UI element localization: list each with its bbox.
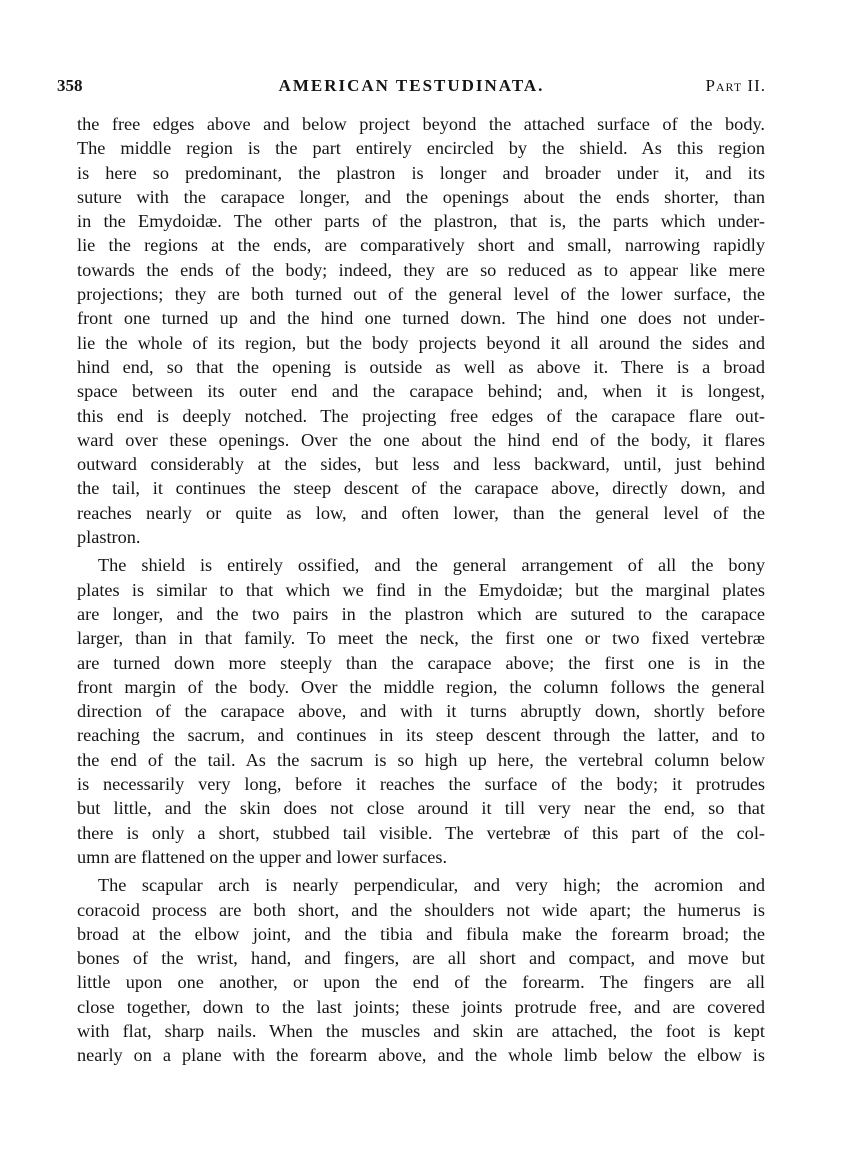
text-line: reaching the sacrum, and continues in it… [77, 723, 765, 747]
text-line: space between its outer end and the cara… [77, 379, 765, 403]
text-line: front one turned up and the hind one tur… [77, 306, 765, 330]
text-line: bones of the wrist, hand, and fingers, a… [77, 946, 765, 970]
text-line: front margin of the body. Over the middl… [77, 675, 765, 699]
text-line: lie the whole of its region, but the bod… [77, 331, 765, 355]
part-label: Part II. [705, 74, 766, 98]
text-line: little upon one another, or upon the end… [77, 970, 765, 994]
paragraph: The shield is entirely ossified, and the… [77, 553, 765, 869]
text-line: close together, down to the last joints;… [77, 995, 765, 1019]
text-line: with flat, sharp nails. When the muscles… [77, 1019, 765, 1043]
text-line: reaches nearly or quite as low, and ofte… [77, 501, 765, 525]
text-line: towards the ends of the body; indeed, th… [77, 258, 765, 282]
text-line: is here so predominant, the plastron is … [77, 161, 765, 185]
text-line: hind end, so that the opening is outside… [77, 355, 765, 379]
text-line: direction of the carapace above, and wit… [77, 699, 765, 723]
text-line: are longer, and the two pairs in the pla… [77, 602, 765, 626]
text-line: The middle region is the part entirely e… [77, 136, 765, 160]
book-page: 358 AMERICAN TESTUDINATA. Part II. the f… [0, 0, 850, 1150]
text-line: larger, than in that family. To meet the… [77, 626, 765, 650]
text-line: the free edges above and below project b… [77, 112, 765, 136]
text-line: lie the regions at the ends, are compara… [77, 233, 765, 257]
text-line: broad at the elbow joint, and the tibia … [77, 922, 765, 946]
text-line: plastron. [77, 525, 765, 549]
text-line: outward considerably at the sides, but l… [77, 452, 765, 476]
text-line: plates is similar to that which we find … [77, 578, 765, 602]
text-line: suture with the carapace longer, and the… [77, 185, 765, 209]
text-line: in the Emydoidæ. The other parts of the … [77, 209, 765, 233]
body-text: the free edges above and below project b… [77, 112, 765, 1068]
paragraph: the free edges above and below project b… [77, 112, 765, 549]
text-line: ward over these openings. Over the one a… [77, 428, 765, 452]
text-line: The scapular arch is nearly perpendicula… [77, 873, 765, 897]
text-line: The shield is entirely ossified, and the… [77, 553, 765, 577]
running-head: 358 AMERICAN TESTUDINATA. Part II. [57, 74, 766, 98]
text-line: umn are flattened on the upper and lower… [77, 845, 765, 869]
text-line: this end is deeply notched. The projecti… [77, 404, 765, 428]
text-line: are turned down more steeply than the ca… [77, 651, 765, 675]
text-line: is necessarily very long, before it reac… [77, 772, 765, 796]
text-line: there is only a short, stubbed tail visi… [77, 821, 765, 845]
running-title: AMERICAN TESTUDINATA. [57, 74, 766, 98]
paragraph: The scapular arch is nearly perpendicula… [77, 873, 765, 1067]
text-line: projections; they are both turned out of… [77, 282, 765, 306]
text-line: nearly on a plane with the forearm above… [77, 1043, 765, 1067]
text-line: coracoid process are both short, and the… [77, 898, 765, 922]
text-line: the end of the tail. As the sacrum is so… [77, 748, 765, 772]
text-line: the tail, it continues the steep descent… [77, 476, 765, 500]
text-line: but little, and the skin does not close … [77, 796, 765, 820]
